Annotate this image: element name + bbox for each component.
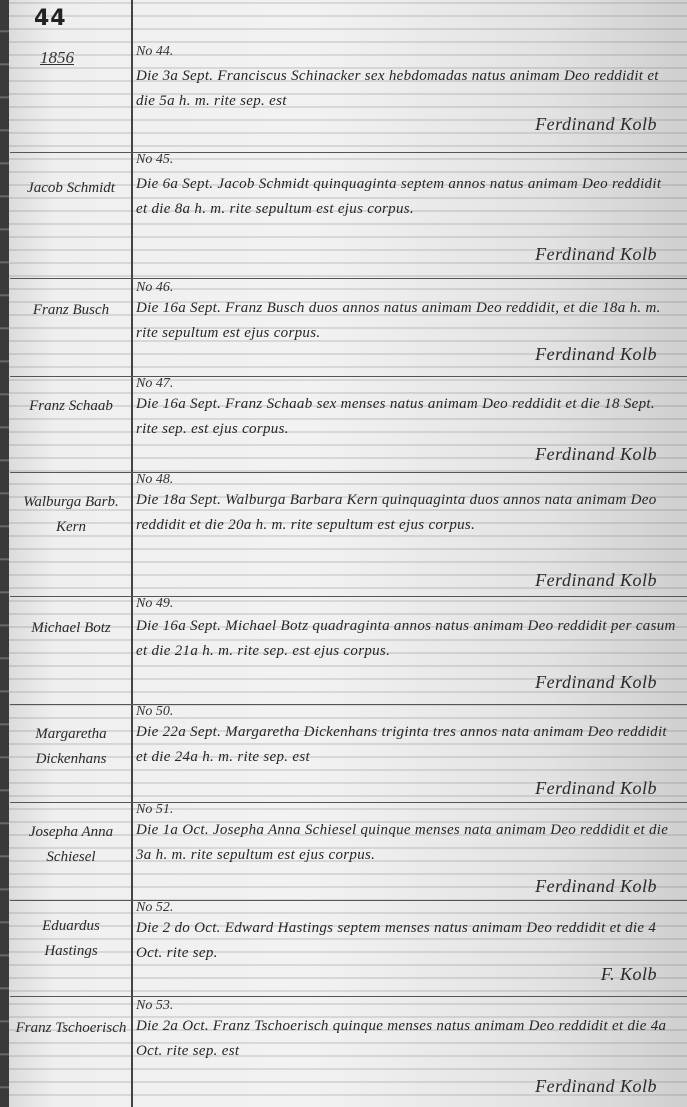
register-year: 1856	[40, 48, 74, 68]
signature: F. Kolb	[601, 964, 657, 985]
margin-name: Jacob Schmidt	[14, 176, 128, 201]
entry-number: No 46.	[136, 280, 173, 296]
signature: Ferdinand Kolb	[535, 244, 657, 265]
entry-text: Die 1a Oct. Josepha Anna Schiesel quinqu…	[136, 818, 676, 868]
margin-name: Margaretha Dickenhans	[14, 722, 128, 772]
margin-name: Franz Schaab	[14, 394, 128, 419]
entry-number: No 45.	[136, 152, 173, 168]
entry-divider	[10, 596, 687, 597]
entry-number: No 44.	[136, 44, 173, 60]
margin-name: Franz Tschoerisch	[14, 1016, 128, 1041]
entry-divider	[10, 900, 687, 901]
entry-text: Die 16a Sept. Michael Botz quadraginta a…	[136, 614, 676, 664]
signature: Ferdinand Kolb	[535, 672, 657, 693]
entry-divider	[10, 996, 687, 997]
signature: Ferdinand Kolb	[535, 344, 657, 365]
margin-name: Eduardus Hastings	[14, 914, 128, 964]
entry-number: No 52.	[136, 900, 173, 916]
entry-number: No 47.	[136, 376, 173, 392]
entry-divider	[10, 704, 687, 705]
binding-edge	[0, 0, 9, 1107]
signature: Ferdinand Kolb	[535, 876, 657, 897]
entry-text: Die 2a Oct. Franz Tschoerisch quinque me…	[136, 1014, 676, 1064]
signature: Ferdinand Kolb	[535, 570, 657, 591]
entry-number: No 53.	[136, 998, 173, 1014]
entry-text: Die 16a Sept. Franz Busch duos annos nat…	[136, 296, 676, 346]
entry-divider	[10, 278, 687, 279]
entry-divider	[10, 152, 687, 153]
entry-number: No 51.	[136, 802, 173, 818]
entry-number: No 49.	[136, 596, 173, 612]
margin-name: Josepha Anna Schiesel	[14, 820, 128, 870]
signature: Ferdinand Kolb	[535, 1076, 657, 1097]
margin-name: Walburga Barb. Kern	[14, 490, 128, 540]
entry-text: Die 3a Sept. Franciscus Schinacker sex h…	[136, 64, 676, 114]
entry-divider	[10, 376, 687, 377]
margin-rule	[131, 0, 133, 1107]
entry-text: Die 6a Sept. Jacob Schmidt quinquaginta …	[136, 172, 676, 222]
signature: Ferdinand Kolb	[535, 778, 657, 799]
margin-name: Franz Busch	[14, 298, 128, 323]
entry-number: No 48.	[136, 472, 173, 488]
entry-text: Die 16a Sept. Franz Schaab sex menses na…	[136, 392, 676, 442]
entry-text: Die 2 do Oct. Edward Hastings septem men…	[136, 916, 676, 966]
signature: Ferdinand Kolb	[535, 444, 657, 465]
page-number: 44	[34, 6, 67, 31]
entry-divider	[10, 472, 687, 473]
entry-text: Die 22a Sept. Margaretha Dickenhans trig…	[136, 720, 676, 770]
signature: Ferdinand Kolb	[535, 114, 657, 135]
margin-name: Michael Botz	[14, 616, 128, 641]
entry-divider	[10, 802, 687, 803]
entry-number: No 50.	[136, 704, 173, 720]
entry-text: Die 18a Sept. Walburga Barbara Kern quin…	[136, 488, 676, 538]
register-page: 44 1856 No 44. Die 3a Sept. Franciscus S…	[0, 0, 687, 1107]
